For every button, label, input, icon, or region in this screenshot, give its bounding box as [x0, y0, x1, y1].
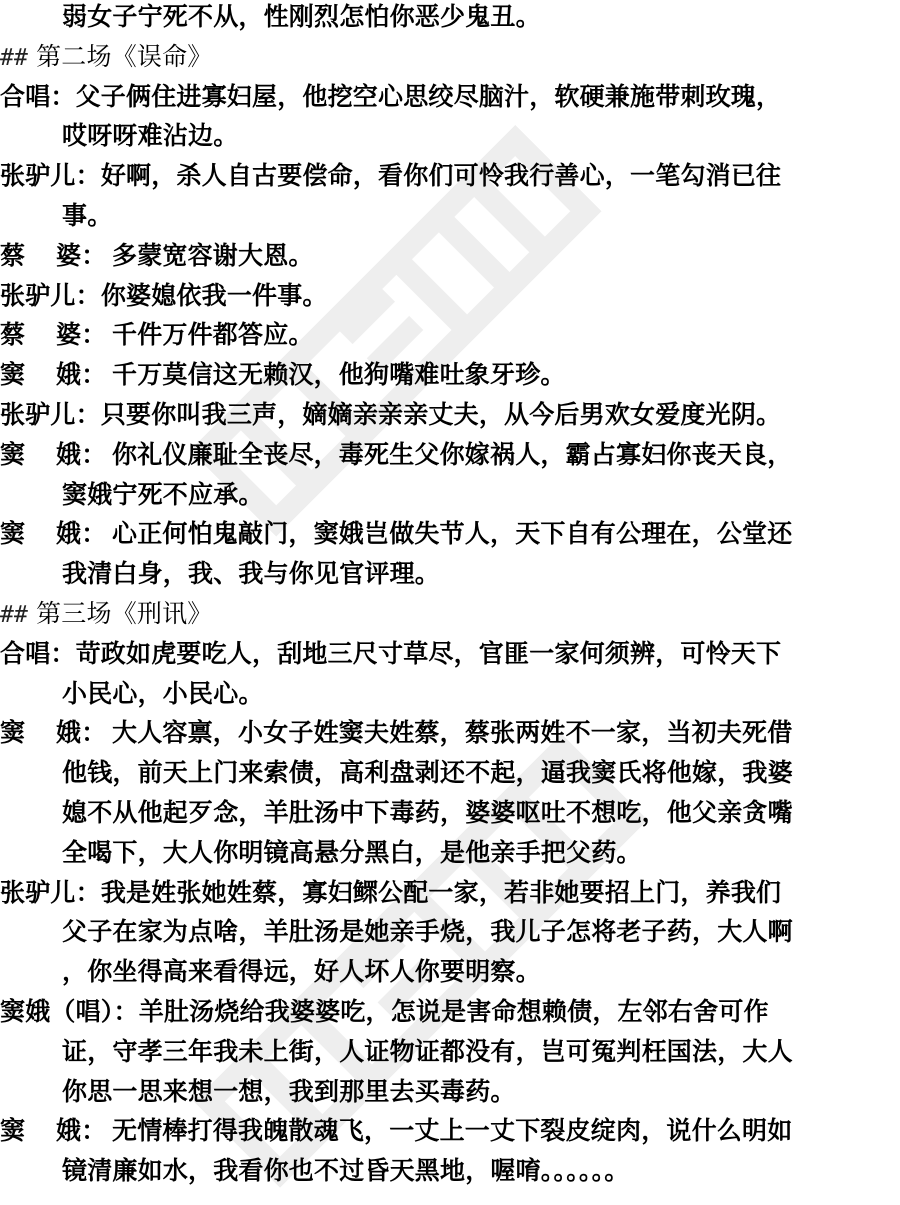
- speaker-colon: ：: [76, 400, 101, 429]
- speaker-label: 张驴儿: [0, 878, 76, 907]
- speaker-name: 窦娥：: [0, 514, 112, 554]
- dialogue-text: 千件万件都答应。: [112, 320, 314, 349]
- speaker-char: 娥: [56, 718, 81, 747]
- dialogue-line: 窦娥：大人容禀，小女子姓窦夫姓蔡，蔡张两姓不一家，当初夫死借: [0, 713, 900, 753]
- dialogue-line: 张驴儿：好啊，杀人自古要偿命，看你们可怜我行善心，一笔勾消已往: [0, 156, 900, 196]
- dialogue-text: 证，守孝三年我未上街，人证物证都没有，岂可冤判枉国法，大人: [62, 1037, 793, 1066]
- dialogue-line: 窦娥：千万莫信这无赖汉，他狗嘴难吐象牙珍。: [0, 355, 900, 395]
- dialogue-line: 蔡婆：千件万件都答应。: [0, 315, 900, 355]
- speaker-char: 娥: [56, 440, 81, 469]
- dialogue-text: 事。: [62, 201, 112, 230]
- speaker-name: 蔡婆：: [0, 315, 112, 355]
- dialogue-line: 窦娥（唱）：羊肚汤烧给我婆婆吃，怎说是害命想赖债，左邻右舍可作: [0, 992, 900, 1032]
- dialogue-line: 合唱：父子俩住进寡妇屋，他挖空心思绞尽脑汁，软硬兼施带刺玫瑰，: [0, 77, 900, 117]
- dialogue-line: 张驴儿：你婆媳依我一件事。: [0, 276, 900, 316]
- speaker-colon: ：: [81, 320, 106, 349]
- dialogue-text: 多蒙宽容谢大恩。: [112, 241, 314, 270]
- speaker-name: 窦娥：: [0, 1111, 112, 1151]
- speaker-colon: ：: [81, 440, 106, 469]
- dialogue-continuation: 父子在家为点啥，羊肚汤是她亲手烧，我儿子怎将老子药，大人啊: [0, 912, 900, 952]
- speaker-name: 蔡婆：: [0, 236, 112, 276]
- dialogue-text: 苛政如虎要吃人，刮地三尺寸草尽，官匪一家何须辨，可怜天下: [76, 639, 782, 668]
- speaker-colon: ：: [76, 161, 101, 190]
- speaker-char: 蔡: [0, 236, 56, 276]
- dialogue-text: 心正何怕鬼敲门，窦娥岂做失节人，天下自有公理在，公堂还: [112, 519, 792, 548]
- dialogue-line: 窦娥：无情棒打得我魄散魂飞，一丈上一丈下裂皮绽肉，说什么明如: [0, 1111, 900, 1151]
- scene-title: 第二场《误命》: [36, 42, 212, 71]
- speaker-name: 张驴儿：: [0, 276, 101, 316]
- speaker-colon: ：: [76, 281, 101, 310]
- dialogue-continuation: 窦娥宁死不应承。: [0, 475, 900, 515]
- speaker-name: 窦娥：: [0, 713, 112, 753]
- dialogue-text: 我清白身，我、我与你见官评理。: [62, 559, 440, 588]
- speaker-name: 窦娥（唱）：: [0, 992, 139, 1032]
- speaker-label: 合唱: [0, 82, 50, 111]
- dialogue-continuation: 你思一思来想一想，我到那里去买毒药。: [0, 1072, 900, 1112]
- dialogue-line: 张驴儿：只要你叫我三声，嫡嫡亲亲亲丈夫，从今后男欢女爱度光阴。: [0, 395, 900, 435]
- speaker-label: 张驴儿: [0, 400, 76, 429]
- speaker-char: 窦: [0, 355, 56, 395]
- dialogue-continuation: ，你坐得高来看得远，好人坏人你要明察。: [0, 952, 900, 992]
- dialogue-text: 小民心，小民心。: [62, 679, 264, 708]
- dialogue-continuation: 弱女子宁死不从，性刚烈怎怕你恶少鬼丑。: [0, 0, 900, 37]
- speaker-label: 合唱: [0, 639, 50, 668]
- heading-marker: ##: [0, 45, 28, 71]
- speaker-char: 婆: [56, 241, 81, 270]
- dialogue-continuation: 我清白身，我、我与你见官评理。: [0, 554, 900, 594]
- speaker-name: 张驴儿：: [0, 156, 101, 196]
- speaker-colon: ：: [50, 82, 75, 111]
- dialogue-line: 窦娥：心正何怕鬼敲门，窦娥岂做失节人，天下自有公理在，公堂还: [0, 514, 900, 554]
- speaker-colon: ：: [114, 997, 139, 1026]
- dialogue-text: 你思一思来想一想，我到那里去买毒药。: [62, 1077, 516, 1106]
- dialogue-text: 好啊，杀人自古要偿命，看你们可怜我行善心，一笔勾消已往: [101, 161, 781, 190]
- dialogue-continuation: 全喝下，大人你明镜高悬分黑白，是他亲手把父药。: [0, 833, 900, 873]
- dialogue-text: 只要你叫我三声，嫡嫡亲亲亲丈夫，从今后男欢女爱度光阴。: [101, 400, 781, 429]
- speaker-colon: ：: [81, 718, 106, 747]
- dialogue-text: 千万莫信这无赖汉，他狗嘴难吐象牙珍。: [112, 360, 566, 389]
- speaker-name: 窦娥：: [0, 355, 112, 395]
- scene-heading: ##第三场《刑讯》: [0, 594, 900, 634]
- scene-heading: ##第二场《误命》: [0, 37, 900, 77]
- dialogue-continuation: 镜清廉如水，我看你也不过昏天黑地，喔唷。。。。。。: [0, 1151, 900, 1191]
- speaker-label: 张驴儿: [0, 161, 76, 190]
- speaker-label: 张驴儿: [0, 281, 76, 310]
- dialogue-line: 合唱：苛政如虎要吃人，刮地三尺寸草尽，官匪一家何须辨，可怜天下: [0, 634, 900, 674]
- speaker-char: 娥: [56, 519, 81, 548]
- dialogue-line: 张驴儿：我是姓张她姓蔡，寡妇鳏公配一家，若非她要招上门，养我们: [0, 873, 900, 913]
- speaker-char: 蔡: [0, 315, 56, 355]
- speaker-colon: ：: [81, 1116, 106, 1145]
- dialogue-text: 大人容禀，小女子姓窦夫姓蔡，蔡张两姓不一家，当初夫死借: [112, 718, 792, 747]
- dialogue-text: 窦娥宁死不应承。: [62, 480, 264, 509]
- dialogue-continuation: 哎呀呀难沾边。: [0, 116, 900, 156]
- speaker-char: 窦: [0, 435, 56, 475]
- dialogue-text: ，你坐得高来看得远，好人坏人你要明察。: [62, 957, 541, 986]
- script-document: 弱女子宁死不从，性刚烈怎怕你恶少鬼丑。##第二场《误命》合唱：父子俩住进寡妇屋，…: [0, 0, 900, 1191]
- speaker-colon: ：: [81, 519, 106, 548]
- speaker-char: 娥: [56, 1116, 81, 1145]
- dialogue-text: 羊肚汤烧给我婆婆吃，怎说是害命想赖债，左邻右舍可作: [139, 997, 769, 1026]
- heading-marker: ##: [0, 602, 28, 628]
- dialogue-text: 父子在家为点啥，羊肚汤是她亲手烧，我儿子怎将老子药，大人啊: [62, 917, 793, 946]
- dialogue-continuation: 他钱，前天上门来索债，高利盘剥还不起，逼我窦氏将他嫁，我婆: [0, 753, 900, 793]
- speaker-label: 窦娥（唱）: [0, 997, 114, 1026]
- speaker-char: 窦: [0, 514, 56, 554]
- dialogue-text: 我是姓张她姓蔡，寡妇鳏公配一家，若非她要招上门，养我们: [101, 878, 781, 907]
- dialogue-continuation: 媳不从他起歹念，羊肚汤中下毒药，婆婆呕吐不想吃，他父亲贪嘴: [0, 793, 900, 833]
- dialogue-continuation: 事。: [0, 196, 900, 236]
- dialogue-text: 你礼仪廉耻全丧尽，毒死生父你嫁祸人，霸占寡妇你丧天良，: [112, 440, 792, 469]
- speaker-colon: ：: [81, 241, 106, 270]
- dialogue-text: 全喝下，大人你明镜高悬分黑白，是他亲手把父药。: [62, 838, 642, 867]
- speaker-char: 婆: [56, 320, 81, 349]
- speaker-name: 张驴儿：: [0, 395, 101, 435]
- speaker-char: 窦: [0, 1111, 56, 1151]
- dialogue-continuation: 小民心，小民心。: [0, 674, 900, 714]
- dialogue-continuation: 证，守孝三年我未上街，人证物证都没有，岂可冤判枉国法，大人: [0, 1032, 900, 1072]
- dialogue-text: 你婆媳依我一件事。: [101, 281, 328, 310]
- speaker-name: 张驴儿：: [0, 873, 101, 913]
- dialogue-line: 蔡婆：多蒙宽容谢大恩。: [0, 236, 900, 276]
- speaker-name: 合唱：: [0, 634, 76, 674]
- speaker-name: 窦娥：: [0, 435, 112, 475]
- dialogue-text: 父子俩住进寡妇屋，他挖空心思绞尽脑汁，软硬兼施带刺玫瑰，: [76, 82, 782, 111]
- dialogue-text: 弱女子宁死不从，性刚烈怎怕你恶少鬼丑。: [62, 2, 541, 31]
- dialogue-line: 窦娥：你礼仪廉耻全丧尽，毒死生父你嫁祸人，霸占寡妇你丧天良，: [0, 435, 900, 475]
- speaker-name: 合唱：: [0, 77, 76, 117]
- dialogue-text: 哎呀呀难沾边。: [62, 121, 238, 150]
- dialogue-text: 他钱，前天上门来索债，高利盘剥还不起，逼我窦氏将他嫁，我婆: [62, 758, 793, 787]
- dialogue-text: 镜清廉如水，我看你也不过昏天黑地，喔唷。。。。。。: [62, 1156, 630, 1185]
- speaker-colon: ：: [76, 878, 101, 907]
- speaker-colon: ：: [81, 360, 106, 389]
- scene-title: 第三场《刑讯》: [36, 599, 212, 628]
- dialogue-text: 无情棒打得我魄散魂飞，一丈上一丈下裂皮绽肉，说什么明如: [112, 1116, 792, 1145]
- speaker-char: 窦: [0, 713, 56, 753]
- speaker-colon: ：: [50, 639, 75, 668]
- speaker-char: 娥: [56, 360, 81, 389]
- dialogue-text: 媳不从他起歹念，羊肚汤中下毒药，婆婆呕吐不想吃，他父亲贪嘴: [62, 798, 793, 827]
